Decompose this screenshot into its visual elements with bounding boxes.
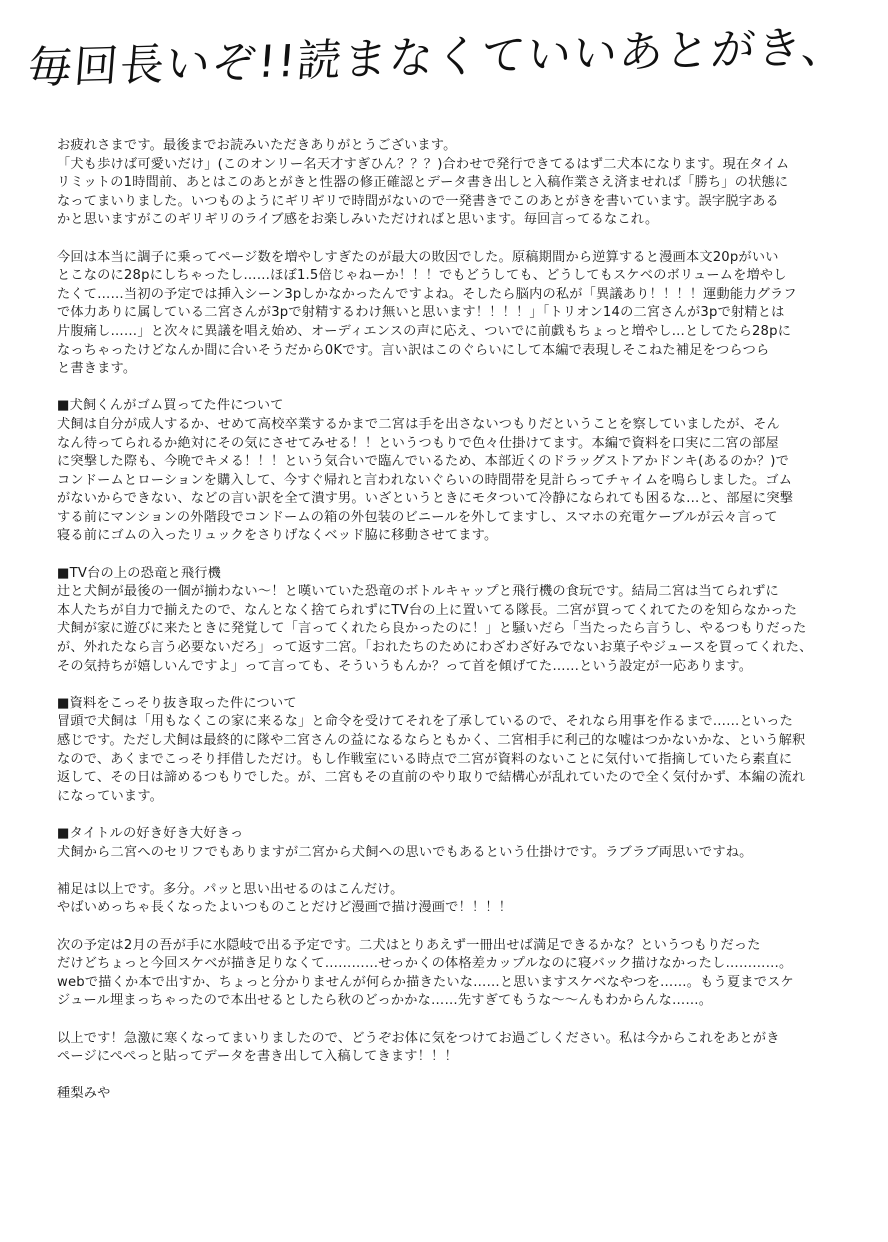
paragraph-page-count: 今回は本当に調子に乗ってページ数を増やしすぎたのが最大の敗因でした。原稿期間から… <box>57 249 832 379</box>
paragraph-closing: 以上です！急激に寒くなってまいりましたので、どうぞお体に気をつけてお過ごしくださ… <box>57 1030 832 1067</box>
text-line: ジュール埋まっちゃったので本出せるとしたら秋のどっかかな……先すぎてもうな～～ん… <box>57 992 832 1011</box>
paragraph-next-plans: 次の予定は2月の吾が手に水隠岐で出る予定です。二犬はとりあえず一冊出せば満足でき… <box>57 937 832 1011</box>
text-line: 「犬も歩けば可愛いだけ」(このオンリー名天才すぎひん？？？)合わせで発行できてる… <box>57 156 832 175</box>
text-line: なので、あくまでこっそり拝借しただけ。もし作戦室にいる時点で二宮が資料のないこと… <box>57 751 832 770</box>
text-line: がないからできない、などの言い訳を全て潰す男。いざというときにモタついて冷静にな… <box>57 490 832 509</box>
text-line: で体力ありに属している二宮さんが3pで射精するわけ無いと思います！！！！」「トリ… <box>57 304 832 323</box>
text-line: なん待ってられるか絶対にその気にさせてみせる！！というつもりで色々仕掛けてます。… <box>57 435 832 454</box>
section-heading: ■資料をこっそり抜き取った件について <box>57 695 832 714</box>
text-line: その気持ちが嬉しいんですよ」って言っても、そういうもんか？って首を傾げてた……と… <box>57 658 832 677</box>
text-line: 辻と犬飼が最後の一個が揃わない～！と嘆いていた恐竜のボトルキャップと飛行機の食玩… <box>57 583 832 602</box>
text-line: リミットの1時間前、あとはこのあとがきと性器の修正確認とデータ書き出しと入稿作業… <box>57 174 832 193</box>
text-line: が、外れたなら言う必要ないだろ」って返す二宮。「おれたちのためにわざわざ好みでな… <box>57 639 832 658</box>
text-line: 今回は本当に調子に乗ってページ数を増やしすぎたのが最大の敗因でした。原稿期間から… <box>57 249 832 268</box>
text-line: 片腹痛し……」と次々に異議を唱え始め、オーディエンスの声に応え、ついでに前戯もち… <box>57 323 832 342</box>
text-line: お疲れさまです。最後までお読みいただきありがとうございます。 <box>57 137 832 156</box>
handwritten-title: 毎回長いぞ!!読まなくていいあとがき、 <box>25 14 790 104</box>
text-line: とこなのに28pにしちゃったし……ほぼ1.5倍じゃねーか！！！でもどうしても、ど… <box>57 267 832 286</box>
text-line: 本人たちが自力で揃えたので、なんとなく捨てられずにTV台の上に置いてる隊長。二宮… <box>57 602 832 621</box>
text-line: ページにぺぺっと貼ってデータを書き出して入稿してきます！！！ <box>57 1048 832 1067</box>
text-line: なってまいりました。いつものようにギリギリで時間がないので一発書きでこのあとがき… <box>57 193 832 212</box>
text-line: だけどちょっと今回スケベが描き足りなくて…………せっかくの体格差カップルなのに寝… <box>57 955 832 974</box>
text-line: コンドームとローションを購入して、今すぐ帰れと言われないぐらいの時間帯を見計らっ… <box>57 472 832 491</box>
text-line: なっちゃったけどなんか間に合いそうだから0Kです。言い訳はこのぐらいにして本編で… <box>57 342 832 361</box>
section-tv-stand: ■TV台の上の恐竜と飛行機 辻と犬飼が最後の一個が揃わない～！と嘆いていた恐竜の… <box>57 565 832 677</box>
text-line: 以上です！急激に寒くなってまいりましたので、どうぞお体に気をつけてお過ごしくださ… <box>57 1030 832 1049</box>
text-line: 次の予定は2月の吾が手に水隠岐で出る予定です。二犬はとりあえず一冊出せば満足でき… <box>57 937 832 956</box>
text-line: になっています。 <box>57 788 832 807</box>
text-line: 犬飼は自分が成人するか、せめて高校卒業するかまで二宮は手を出さないつもりだという… <box>57 416 832 435</box>
text-line: 犬飼が家に遊びに来たときに発覚して「言ってくれたら良かったのに！」と騒いだら「当… <box>57 620 832 639</box>
text-line: webで描くか本で出すか、ちょっと分かりませんが何らか描きたいな……と思いますス… <box>57 974 832 993</box>
paragraph-greeting: お疲れさまです。最後までお読みいただきありがとうございます。 「犬も歩けば可愛い… <box>57 137 832 230</box>
text-line: 寝る前にゴムの入ったリュックをさりげなくベッド脇に移動させてます。 <box>57 527 832 546</box>
section-documents: ■資料をこっそり抜き取った件について 冒頭で犬飼は「用もなくこの家に来るな」と命… <box>57 695 832 807</box>
paragraph-supplement-end: 補足は以上です。多分。パッと思い出せるのはこんだけ。 やばいめっちゃ長くなったよ… <box>57 881 832 918</box>
text-line: やばいめっちゃ長くなったよいつものことだけど漫画で描け漫画で！！！！ <box>57 899 832 918</box>
text-line: 冒頭で犬飼は「用もなくこの家に来るな」と命令を受けてそれを了承しているので、それ… <box>57 713 832 732</box>
afterword-body: お疲れさまです。最後までお読みいただきありがとうございます。 「犬も歩けば可愛い… <box>57 137 832 1104</box>
text-line: たくて……当初の予定では挿入シーン3pしかなかったんですよね。そしたら脳内の私が… <box>57 286 832 305</box>
text-line: する前にマンションの外階段でコンドームの箱の外包装のビニールを外してますし、スマ… <box>57 509 832 528</box>
section-heading: ■タイトルの好き好き大好きっ <box>57 825 832 844</box>
text-line: 犬飼から二宮へのセリフでもありますが二宮から犬飼への思いでもあるという仕掛けです… <box>57 844 832 863</box>
text-line: 返して、その日は諦めるつもりでした。が、二宮もその直前のやり取りで結構心が乱れて… <box>57 769 832 788</box>
text-line: と書きます。 <box>57 360 832 379</box>
text-line: 感じです。ただし犬飼は最終的に隊や二宮さんの益になるならともかく、二宮相手に利己… <box>57 732 832 751</box>
text-line: 補足は以上です。多分。パッと思い出せるのはこんだけ。 <box>57 881 832 900</box>
section-condom: ■犬飼くんがゴム買ってた件について 犬飼は自分が成人するか、せめて高校卒業するか… <box>57 397 832 546</box>
section-title-meaning: ■タイトルの好き好き大好きっ 犬飼から二宮へのセリフでもありますが二宮から犬飼へ… <box>57 825 832 862</box>
text-line: に突撃した際も、今晩でキメる！！！という気合いで臨んでいるため、本部近くのドラッ… <box>57 453 832 472</box>
section-heading: ■TV台の上の恐竜と飛行機 <box>57 565 832 584</box>
section-heading: ■犬飼くんがゴム買ってた件について <box>57 397 832 416</box>
text-line: かと思いますがこのギリギリのライブ感をお楽しみいただければと思います。毎回言って… <box>57 211 832 230</box>
author-signature: 種梨みや <box>57 1085 832 1104</box>
